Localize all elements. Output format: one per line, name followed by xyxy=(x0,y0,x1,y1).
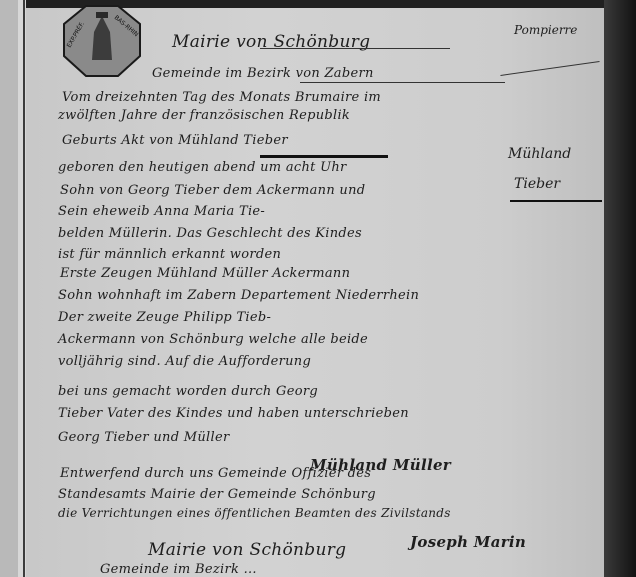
body-line: die Verrichtungen eines öffentlichen Bea… xyxy=(58,506,451,520)
body-line: Ackermann von Schönburg welche alle beid… xyxy=(58,332,368,347)
footer-gemeinde: Gemeinde im Bezirk ... xyxy=(100,562,257,577)
body-line: Sein eheweib Anna Maria Tie- xyxy=(58,204,265,219)
body-line: bei uns gemacht worden durch Georg xyxy=(58,384,318,399)
margin-rule xyxy=(23,0,25,577)
body-line: belden Müllerin. Das Geschlecht des Kind… xyxy=(58,226,362,241)
signature: Mühland Müller xyxy=(310,456,451,474)
scan-right-edge xyxy=(604,0,636,577)
body-line: Sohn von Georg Tieber dem Ackermann und xyxy=(60,183,365,198)
body-line: ist für männlich erkannt worden xyxy=(58,247,281,262)
body-line: Vom dreizehnten Tag des Monats Brumaire … xyxy=(62,90,381,105)
footer-mairie: Mairie von Schönburg xyxy=(148,540,346,560)
margin-last-name: Tieber xyxy=(514,176,560,192)
margin-name-underline xyxy=(510,200,602,202)
header-flourish-2 xyxy=(300,82,505,83)
header-gemeinde: Gemeinde im Bezirk von Zabern xyxy=(152,66,374,81)
header-mairie: Mairie von Schönburg xyxy=(172,32,370,52)
signature: Joseph Marin xyxy=(410,533,526,551)
margin-first-name: Mühland xyxy=(508,146,571,162)
margin-note-top-right: Pompierre xyxy=(514,23,577,37)
body-line: Sohn wohnhaft im Zabern Departement Nied… xyxy=(58,288,419,303)
body-line: geboren den heutigen abend um acht Uhr xyxy=(58,160,347,175)
body-line: Geburts Akt von Mühland Tieber xyxy=(62,133,288,148)
name-underline xyxy=(260,155,388,158)
scan-left-edge xyxy=(0,0,18,577)
body-line: Georg Tieber und Müller xyxy=(58,430,229,445)
body-line: zwölften Jahre der französischen Republi… xyxy=(58,108,350,123)
body-line: Tieber Vater des Kindes und haben unters… xyxy=(58,406,409,421)
header-flourish xyxy=(260,48,450,49)
body-line: volljährig sind. Auf die Aufforderung xyxy=(58,354,311,369)
body-line: Der zweite Zeuge Philipp Tieb- xyxy=(58,310,271,325)
body-line: Erste Zeugen Mühland Müller Ackermann xyxy=(60,266,350,281)
stamp-seal-icon: EXP.PRÉF. BAS-RHIN xyxy=(62,4,142,78)
body-line: Standesamts Mairie der Gemeinde Schönbur… xyxy=(58,487,376,502)
